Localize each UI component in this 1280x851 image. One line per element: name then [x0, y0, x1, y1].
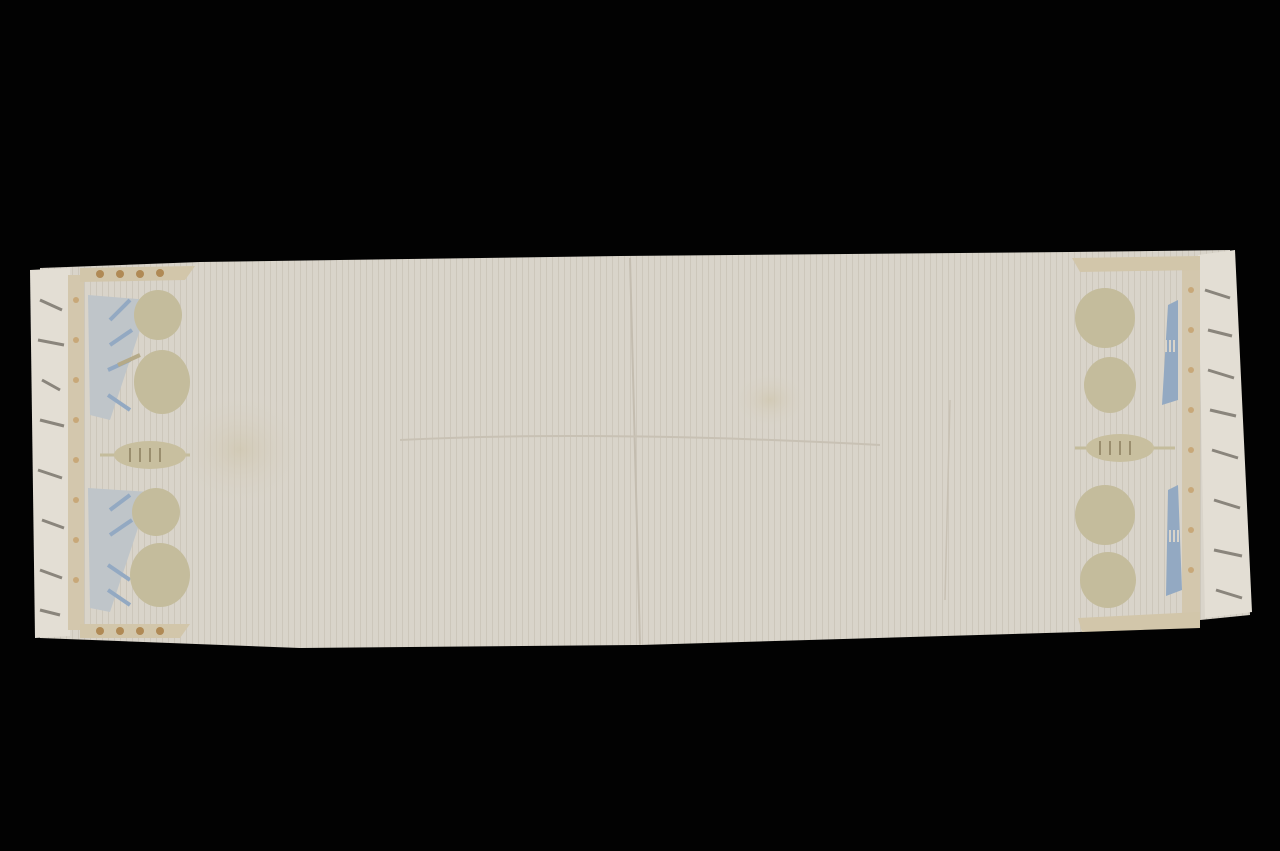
- fringe-left: [30, 268, 70, 638]
- embroidered-towel: [0, 0, 1280, 851]
- fringe-right: [1198, 250, 1252, 618]
- photo-background: [0, 0, 1280, 851]
